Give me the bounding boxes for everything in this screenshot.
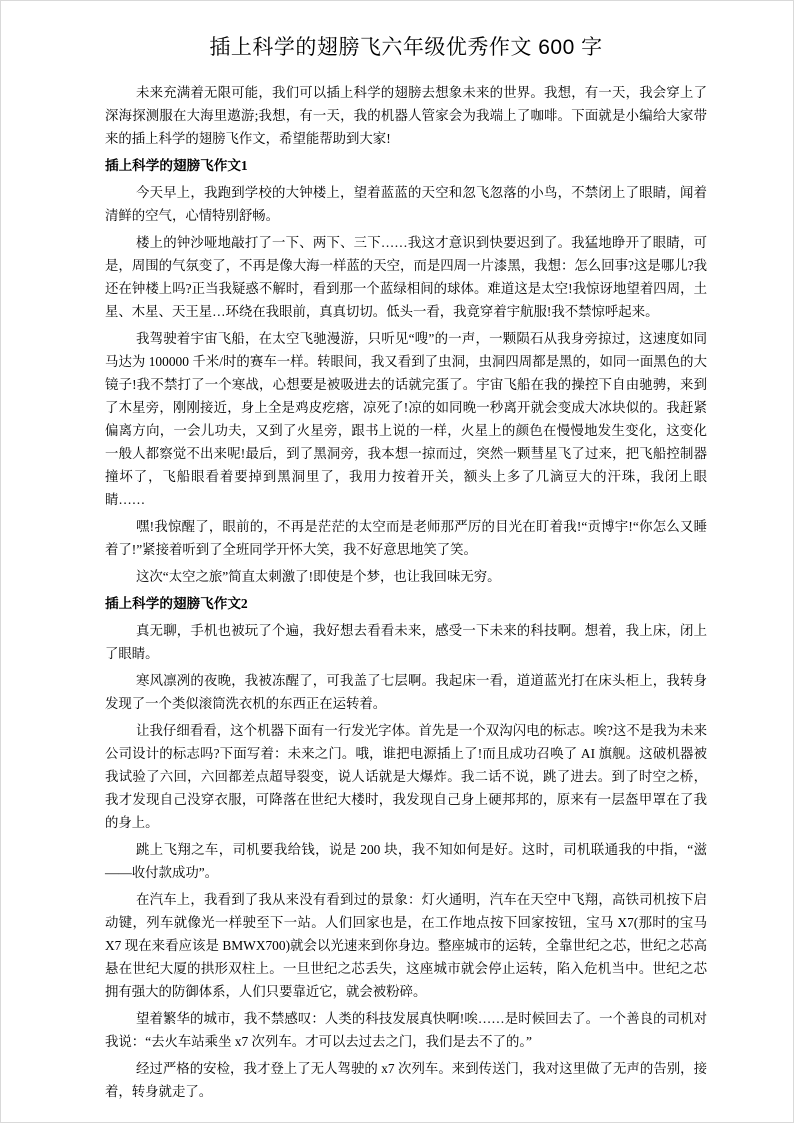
intro-paragraph: 未来充满着无限可能，我们可以插上科学的翅膀去想象未来的世界。我想，有一天，我会穿… — [105, 81, 707, 150]
essay-paragraph: 这次“太空之旅”简直太刺激了!即使是个梦，也让我回味无穷。 — [105, 565, 707, 588]
essay-paragraph: 跳上飞翔之车，司机要我给钱，说是 200 块，我不知如何是好。这时，司机联通我的… — [105, 838, 707, 884]
document-page: 插上科学的翅膀飞六年级优秀作文 600 字 未来充满着无限可能，我们可以插上科学… — [0, 0, 794, 1123]
essay-sections: 插上科学的翅膀飞作文1今天早上，我跑到学校的大钟楼上，望着蓝蓝的天空和忽飞忽落的… — [105, 154, 707, 1103]
essay-heading-1: 插上科学的翅膀飞作文1 — [105, 154, 707, 177]
essay-paragraph: 在汽车上，我看到了我从来没有看到过的景象：灯火通明，汽车在天空中飞翔，高铁司机按… — [105, 888, 707, 1003]
essay-paragraph: 嘿!我惊醒了，眼前的，不再是茫茫的太空而是老师那严厉的目光在盯着我!“贡博宇!“… — [105, 515, 707, 561]
document-title: 插上科学的翅膀飞六年级优秀作文 600 字 — [105, 31, 707, 65]
essay-heading-2: 插上科学的翅膀飞作文2 — [105, 592, 707, 615]
essay-paragraph: 真无聊，手机也被玩了个遍，我好想去看看未来，感受一下未来的科技啊。想着，我上床，… — [105, 619, 707, 665]
essay-paragraph: 让我仔细看看，这个机器下面有一行发光字体。首先是一个双沟闪电的标志。唉?这不是我… — [105, 719, 707, 834]
essay-paragraph: 楼上的钟沙哑地敲打了一下、两下、三下……我这才意识到快要迟到了。我猛地睁开了眼睛… — [105, 231, 707, 323]
essay-paragraph: 经过严格的安检，我才登上了无人驾驶的 x7 次列车。来到传送门，我对这里做了无声… — [105, 1057, 707, 1103]
essay-paragraph: 我驾驶着宇宙飞船，在太空飞驰漫游，只听见“嗖”的一声，一颗陨石从我身旁掠过，这速… — [105, 327, 707, 511]
essay-paragraph: 今天早上，我跑到学校的大钟楼上，望着蓝蓝的天空和忽飞忽落的小鸟，不禁闭上了眼睛，… — [105, 181, 707, 227]
essay-paragraph: 望着繁华的城市，我不禁感叹：人类的科技发展真快啊!唉……是时候回去了。一个善良的… — [105, 1007, 707, 1053]
essay-paragraph: 寒风凛冽的夜晚，我被冻醒了，可我盖了七层啊。我起床一看，道道蓝光打在床头柜上，我… — [105, 669, 707, 715]
